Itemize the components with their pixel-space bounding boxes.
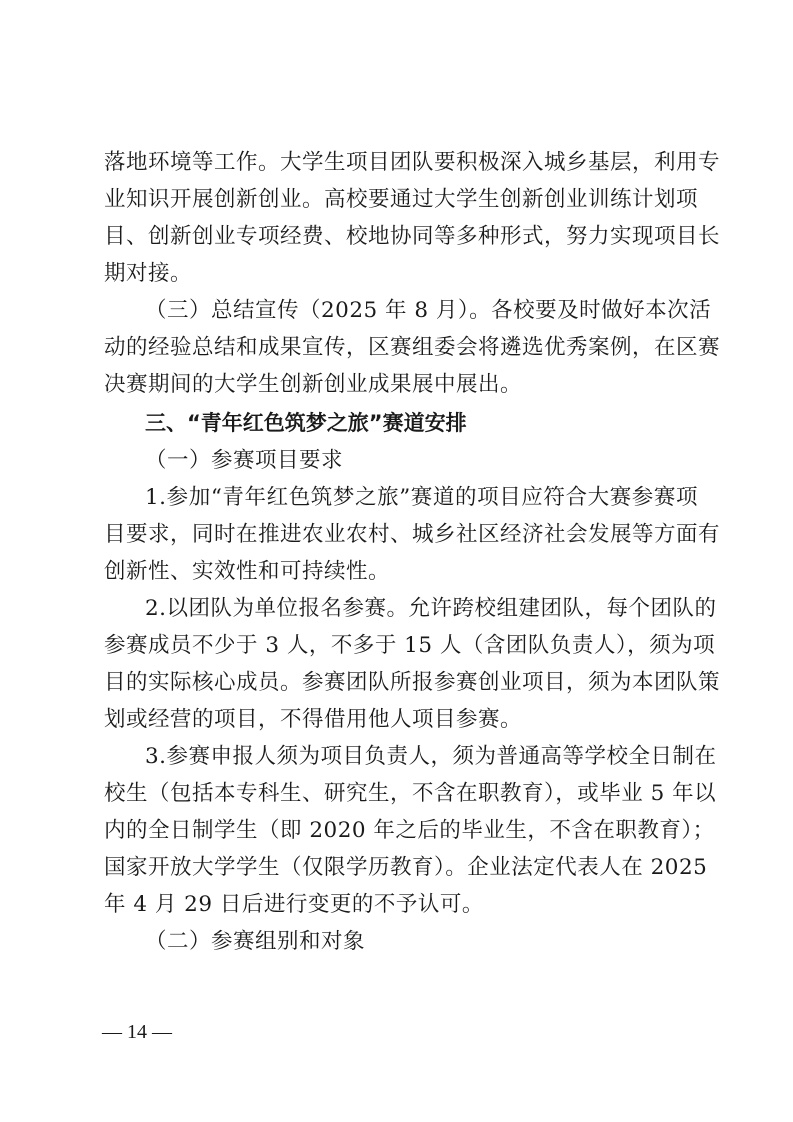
paragraph-line: 校生（包括本专科生、研究生，不含在职教育），或毕业 5 年以 [104,775,698,812]
paragraph-line: 内的全日制学生（即 2020 年之后的毕业生，不含在职教育）； [104,812,698,849]
section-heading: 三、“青年红色筑梦之旅”赛道安排 [145,405,698,442]
paragraph-line: 2.以团队为单位报名参赛。允许跨校组建团队，每个团队的 [145,590,698,627]
paragraph-line: 划或经营的项目，不得借用他人项目参赛。 [104,701,698,738]
paragraph-line: 业知识开展创新创业。高校要通过大学生创新创业训练计划项 [104,181,698,218]
paragraph-line: 目的实际核心成员。参赛团队所报参赛创业项目，须为本团队策 [104,664,698,701]
paragraph-line: 3.参赛申报人须为项目负责人，须为普通高等学校全日制在 [145,738,698,775]
paragraph-line: 国家开放大学学生（仅限学历教育）。企业法定代表人在 2025 [104,849,698,886]
paragraph-line: 创新性、实效性和可持续性。 [104,553,698,590]
paragraph-line: 目、创新创业专项经费、校地协同等多种形式，努力实现项目长 [104,218,698,255]
paragraph-line: 落地环境等工作。大学生项目团队要积极深入城乡基层，利用专 [104,144,698,181]
paragraph-line: 决赛期间的大学生创新创业成果展中展出。 [104,366,698,403]
subsection-heading: （二）参赛组别和对象 [145,923,698,960]
paragraph-line: 参赛成员不少于 3 人，不多于 15 人（含团队负责人），须为项 [104,627,698,664]
subsection-heading: （一）参赛项目要求 [145,442,698,479]
paragraph-line: 期对接。 [104,255,698,292]
paragraph-line: 动的经验总结和成果宣传，区赛组委会将遴选优秀案例，在区赛 [104,329,698,366]
paragraph-line: 1.参加“青年红色筑梦之旅”赛道的项目应符合大赛参赛项 [145,479,698,516]
paragraph-line: 目要求，同时在推进农业农村、城乡社区经济社会发展等方面有 [104,516,698,553]
page-number: — 14 — [102,1020,172,1044]
section-summary-publicity: （三）总结宣传（2025 年 8 月）。各校要及时做好本次活 [145,292,698,329]
paragraph-line: 年 4 月 29 日后进行变更的不予认可。 [104,886,698,923]
document-page: 落地环境等工作。大学生项目团队要积极深入城乡基层，利用专 业知识开展创新创业。高… [0,0,793,1122]
